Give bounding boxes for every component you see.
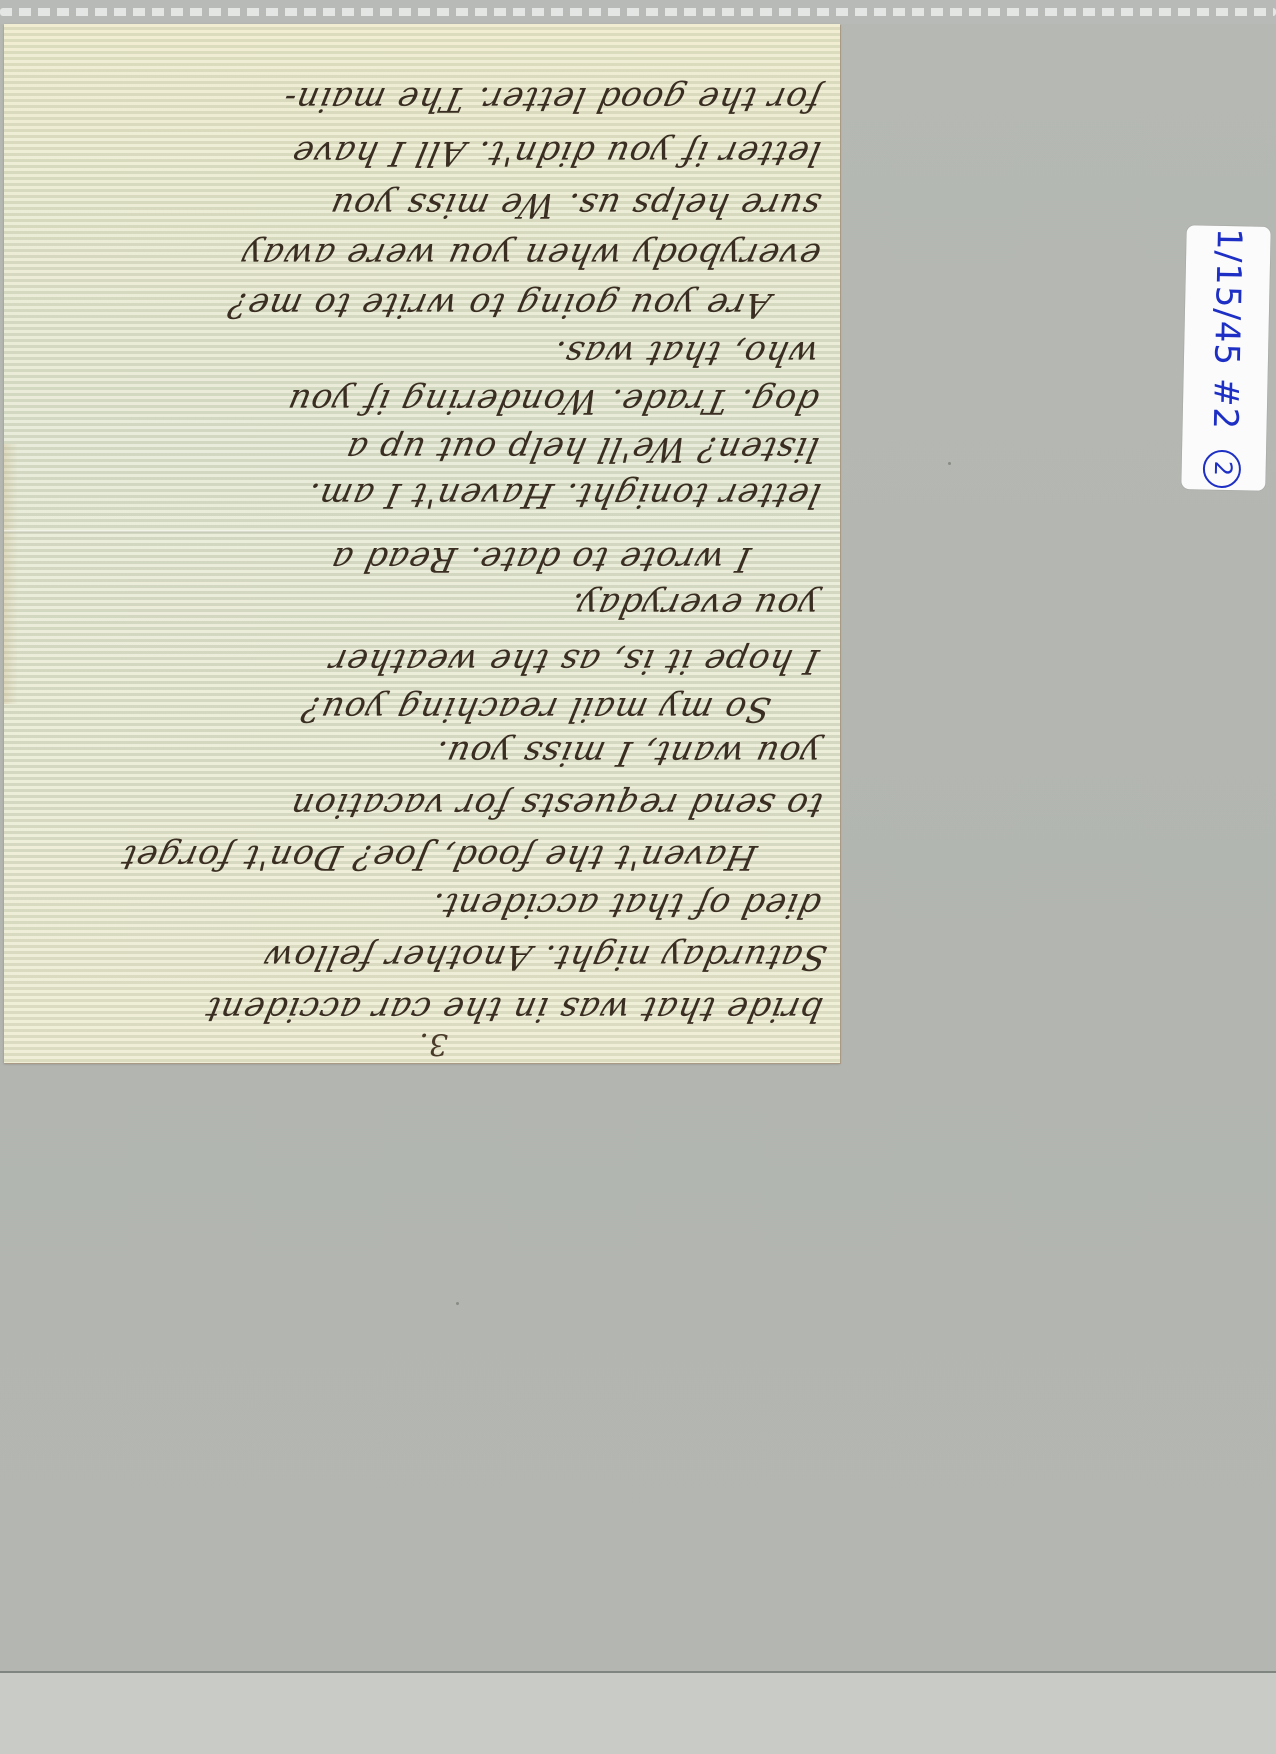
dust-speck xyxy=(948,462,951,465)
letter-page: 3. bride that was in the car accident Sa… xyxy=(4,24,840,1063)
letter-line: Are you going to write to me? xyxy=(224,285,775,325)
letter-line: sure helps us. We miss you xyxy=(326,185,824,225)
letter-line: for the good letter. The main- xyxy=(279,79,824,119)
sleeve-perforations xyxy=(0,8,1276,16)
letter-line: died of that accident. xyxy=(427,885,824,925)
archive-date-label: 1/15/45 #2 2 xyxy=(1181,225,1271,491)
letter-line: who, that was. xyxy=(549,333,823,373)
letter-line: dog. Trade. Wondering if you xyxy=(283,381,822,421)
letter-line: Saturday night. Another fellow xyxy=(259,937,830,977)
letter-line: I wrote to date. Read a xyxy=(327,539,754,579)
archive-label-text: 1/15/45 #2 2 xyxy=(1203,228,1249,489)
circled-number-icon: 2 xyxy=(1203,449,1242,488)
letter-line: So my mail reaching you? xyxy=(297,689,774,729)
letter-line: you everyday. xyxy=(566,585,822,625)
sleeve-top-strip xyxy=(0,0,1276,24)
letter-line: I hope it is, as the weather xyxy=(325,641,823,681)
label-date: 1/15/45 xyxy=(1206,228,1249,367)
page-number: 3. xyxy=(419,1026,448,1061)
label-item-number: #2 xyxy=(1205,378,1246,431)
sleeve-bottom-strip xyxy=(0,1673,1276,1754)
letter-line: bride that was in the car accident xyxy=(201,989,826,1029)
handwritten-text: 3. bride that was in the car accident Sa… xyxy=(4,24,840,1063)
dust-speck xyxy=(456,1302,459,1305)
letter-line: to send requests for vacation xyxy=(286,785,826,825)
letter-line: you want, I miss you. xyxy=(430,733,824,773)
letter-line: letter if you didn't. All I have xyxy=(288,133,824,173)
letter-line: everybody when you were away xyxy=(237,235,824,275)
letter-line: letter tonight. Haven't I am. xyxy=(303,475,824,515)
letter-line: listen? We'll help out up a xyxy=(342,429,823,469)
letter-line: Haven't the food, Joe? Don't forget xyxy=(117,837,760,877)
